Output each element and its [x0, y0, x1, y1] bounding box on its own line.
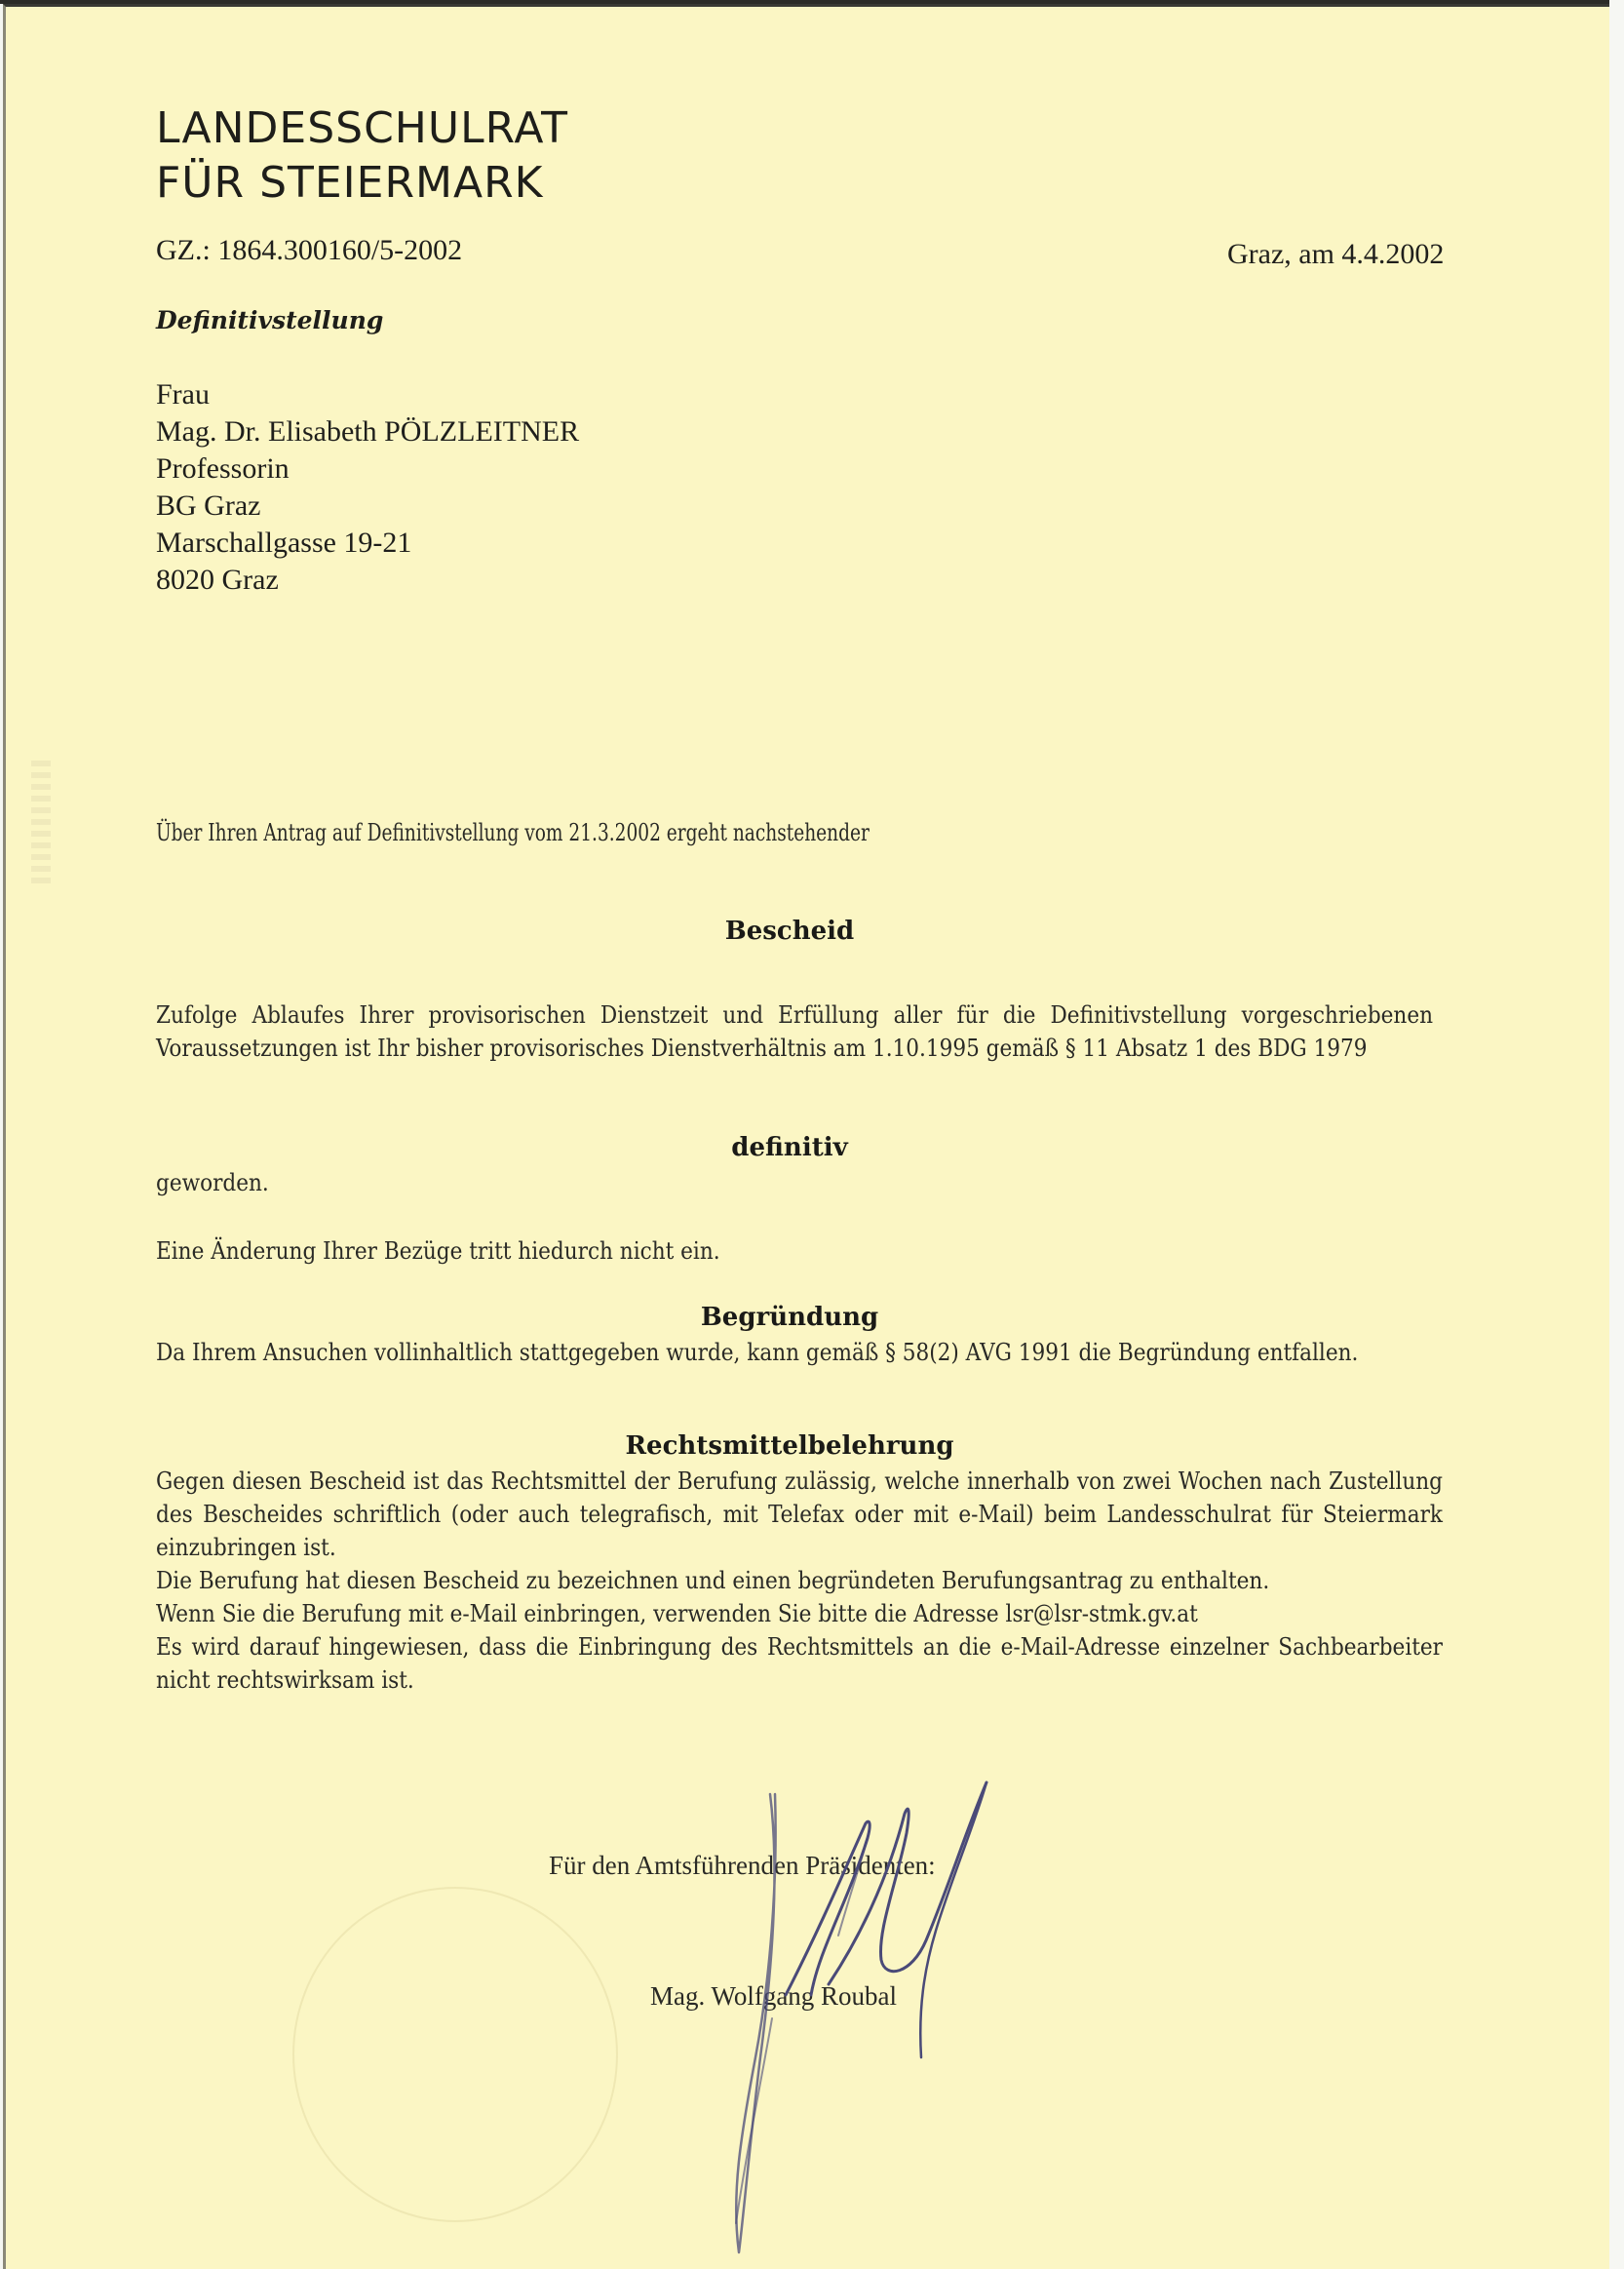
reference-number: GZ.: 1864.300160/5-2002	[156, 234, 462, 267]
letterhead: LANDESSCHULRAT FÜR STEIERMARK	[156, 101, 568, 211]
rechtsmittel-paragraph: Es wird darauf hingewiesen, dass die Ein…	[156, 1630, 1443, 1697]
recipient-address: Frau Mag. Dr. Elisabeth PÖLZLEITNER Prof…	[156, 376, 579, 599]
letterhead-line-1: LANDESSCHULRAT	[156, 101, 568, 156]
place-date: Graz, am 4.4.2002	[1227, 238, 1444, 271]
bescheid-text: Zufolge Ablaufes Ihrer provisorischen Di…	[156, 998, 1433, 1065]
handwritten-signature	[702, 1765, 1072, 2269]
recipient-title: Professorin	[156, 450, 579, 488]
recipient-salutation: Frau	[156, 376, 579, 413]
rechtsmittel-text: Gegen diesen Bescheid ist das Rechtsmitt…	[156, 1465, 1443, 1697]
heading-begruendung: Begründung	[156, 1303, 1423, 1332]
heading-rechtsmittelbelehrung: Rechtsmittelbelehrung	[156, 1431, 1423, 1461]
embossed-seal	[292, 1887, 618, 2222]
recipient-city: 8020 Graz	[156, 562, 579, 599]
intro-text: Über Ihren Antrag auf Definitivstellung …	[156, 816, 1279, 849]
heading-bescheid: Bescheid	[156, 917, 1423, 946]
emphasis-definitiv: definitiv	[156, 1133, 1423, 1162]
recipient-name: Mag. Dr. Elisabeth PÖLZLEITNER	[156, 413, 579, 450]
subject-line: Definitivstellung	[156, 306, 383, 334]
scan-right-margin	[1609, 0, 1624, 2269]
rechtsmittel-paragraph: Die Berufung hat diesen Bescheid zu beze…	[156, 1564, 1443, 1597]
recipient-school: BG Graz	[156, 488, 579, 525]
recipient-street: Marschallgasse 19-21	[156, 525, 579, 562]
begruendung-text: Da Ihrem Ansuchen vollinhaltlich stattge…	[156, 1336, 1433, 1369]
bescheid-note: Eine Änderung Ihrer Bezüge tritt hiedurc…	[156, 1234, 720, 1268]
rechtsmittel-paragraph: Gegen diesen Bescheid ist das Rechtsmitt…	[156, 1465, 1443, 1564]
rechtsmittel-paragraph: Wenn Sie die Berufung mit e-Mail einbrin…	[156, 1597, 1443, 1630]
letterhead-line-2: FÜR STEIERMARK	[156, 156, 568, 211]
faint-margin-stamp	[31, 761, 51, 887]
bescheid-closing: geworden.	[156, 1166, 269, 1199]
